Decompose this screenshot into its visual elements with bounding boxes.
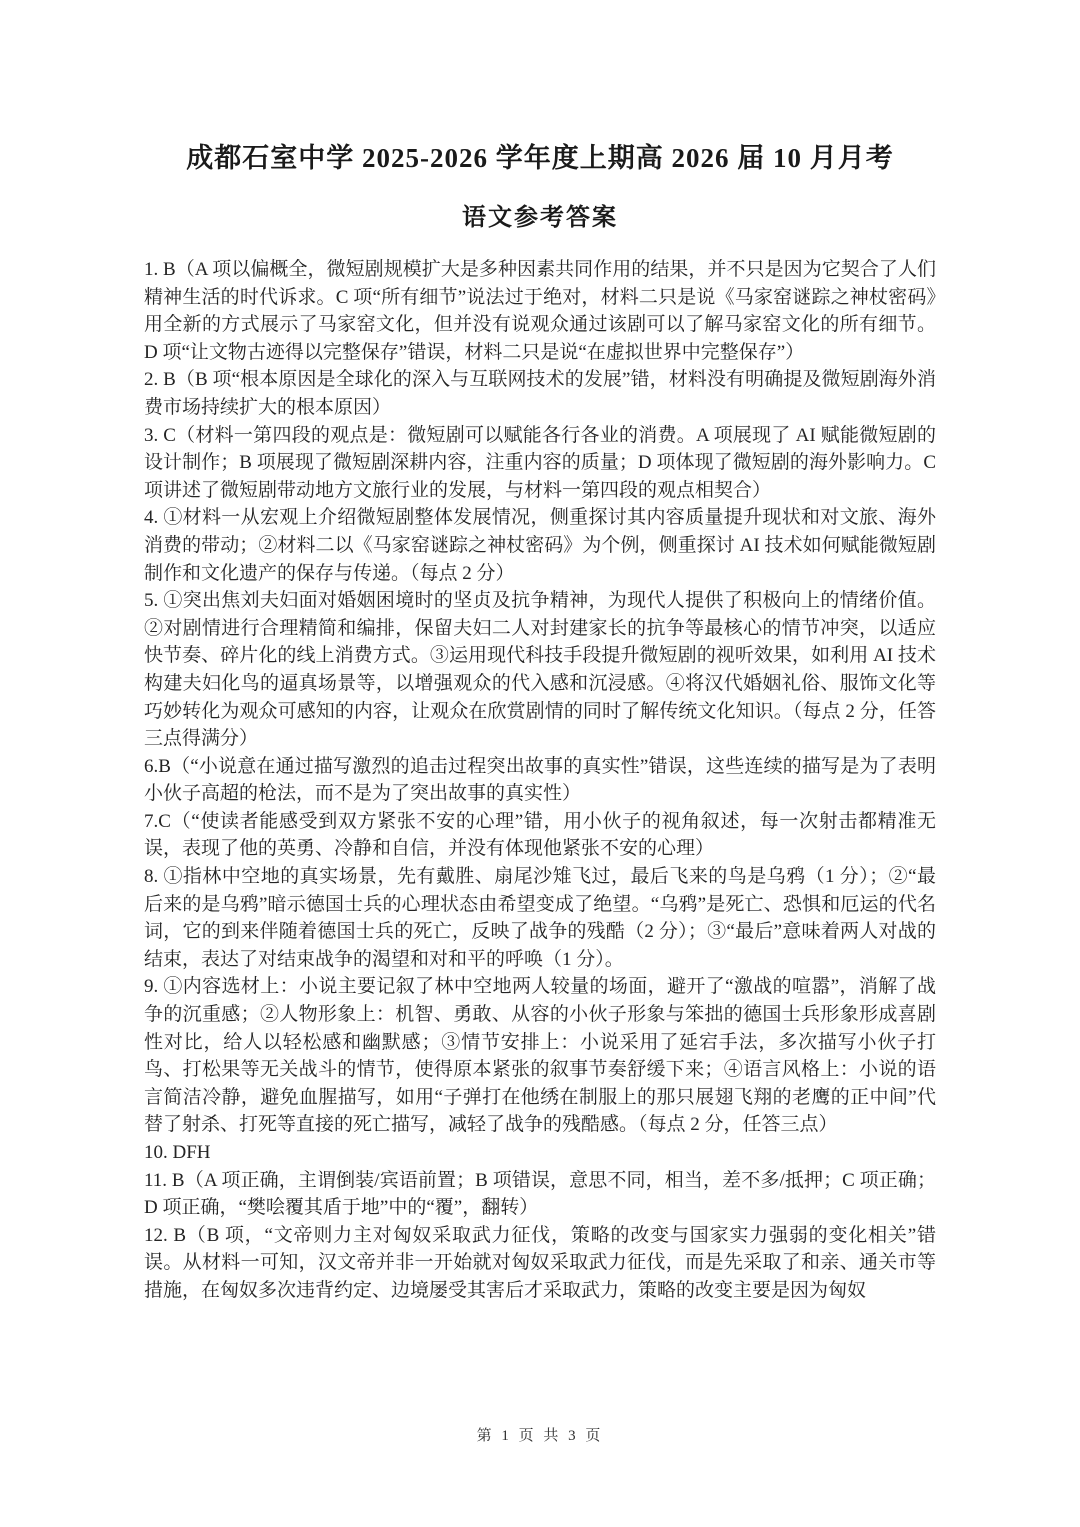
answer-item-9: 9. ①内容选材上：小说主要记叙了林中空地两人较量的场面，避开了“激战的喧嚣”，… — [144, 973, 936, 1139]
answer-item-1: 1. B（A 项以偏概全，微短剧规模扩大是多种因素共同作用的结果，并不只是因为它… — [144, 256, 936, 366]
document-page: 成都石室中学 2025-2026 学年度上期高 2026 届 10 月月考 语文… — [0, 0, 1080, 1527]
answer-item-8: 8. ①指林中空地的真实场景，先有戴胜、扇尾沙雉飞过，最后飞来的鸟是乌鸦（1 分… — [144, 863, 936, 973]
answer-item-5: 5. ①突出焦刘夫妇面对婚姻困境时的坚贞及抗争精神，为现代人提供了积极向上的情绪… — [144, 587, 936, 753]
answer-item-4: 4. ①材料一从宏观上介绍微短剧整体发展情况，侧重探讨其内容质量提升现状和对文旅… — [144, 504, 936, 587]
answer-item-10: 10. DFH — [144, 1139, 936, 1167]
answer-list: 1. B（A 项以偏概全，微短剧规模扩大是多种因素共同作用的结果，并不只是因为它… — [144, 256, 936, 1305]
answer-item-7: 7.C（“使读者能感受到双方紧张不安的心理”错，用小伙子的视角叙述，每一次射击都… — [144, 808, 936, 863]
document-title: 成都石室中学 2025-2026 学年度上期高 2026 届 10 月月考 — [0, 136, 1080, 175]
answer-item-2: 2. B（B 项“根本原因是全球化的深入与互联网技术的发展”错，材料没有明确提及… — [144, 366, 936, 421]
answer-item-11: 11. B（A 项正确，主谓倒装/宾语前置；B 项错误，意思不同，相当，差不多/… — [144, 1167, 936, 1222]
answer-item-3: 3. C（材料一第四段的观点是：微短剧可以赋能各行各业的消费。A 项展现了 AI… — [144, 422, 936, 505]
answer-item-12: 12. B（B 项，“文帝则力主对匈奴采取武力征伐，策略的改变与国家实力强弱的变… — [144, 1222, 936, 1305]
page-number: 第 1 页 共 3 页 — [0, 1424, 1080, 1445]
document-subtitle: 语文参考答案 — [0, 197, 1080, 232]
answer-item-6: 6.B（“小说意在通过描写激烈的追击过程突出故事的真实性”错误，这些连续的描写是… — [144, 753, 936, 808]
